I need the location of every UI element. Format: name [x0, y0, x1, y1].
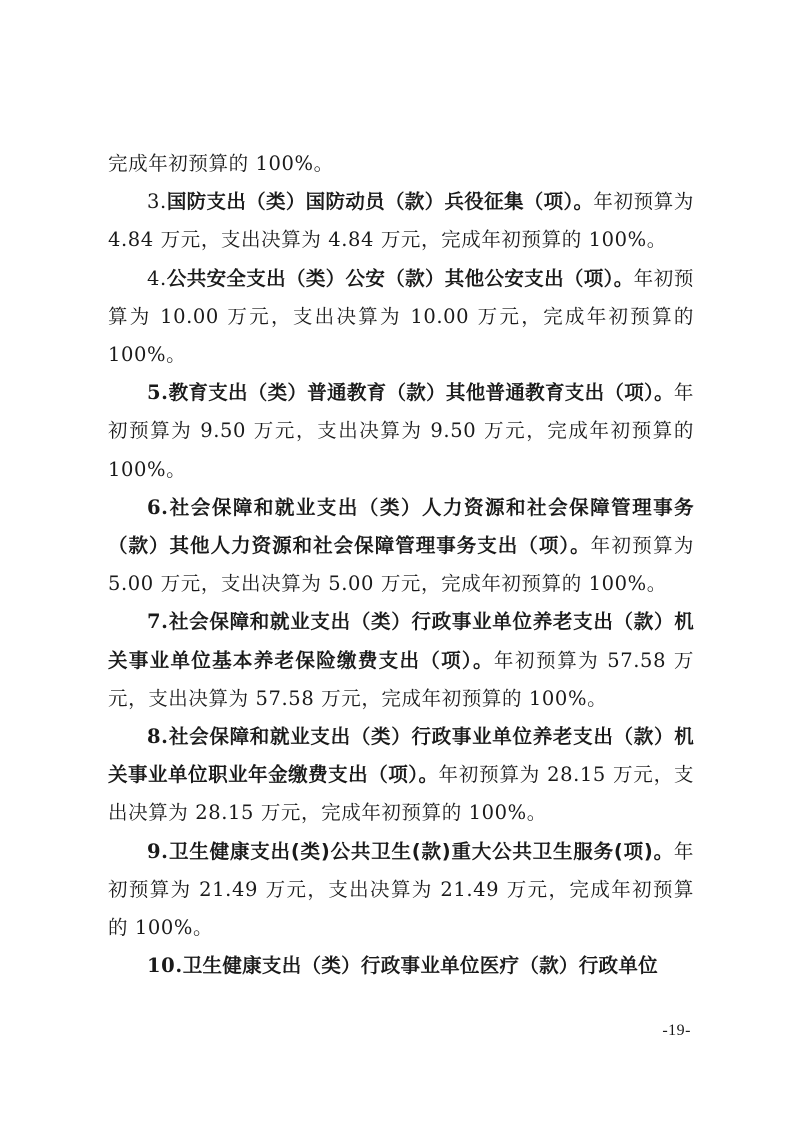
paragraph-item-3: 3.国防支出（类）国防动员（款）兵役征集（项）。年初预算为 4.84 万元，支出… [108, 183, 694, 259]
paragraph-item-5: 5.教育支出（类）普通教育（款）其他普通教育支出（项）。年初预算为 9.50 万… [108, 374, 694, 489]
item-heading: 卫生健康支出(类)公共卫生(款)重大公共卫生服务(项)。 [169, 840, 674, 863]
document-page: 完成年初预算的 100%。 3.国防支出（类）国防动员（款）兵役征集（项）。年初… [108, 145, 694, 985]
paragraph-item-8: 8.社会保障和就业支出（类）行政事业单位养老支出（款）机关事业单位职业年金缴费支… [108, 718, 694, 833]
paragraph-continuation: 完成年初预算的 100%。 [108, 145, 694, 183]
paragraph-body: 完成年初预算的 100%。 [108, 152, 334, 175]
paragraph-item-6: 6.社会保障和就业支出（类）人力资源和社会保障管理事务（款）其他人力资源和社会保… [108, 489, 694, 604]
item-number: 4. [147, 267, 167, 290]
item-number: 8. [147, 725, 169, 748]
paragraph-item-7: 7.社会保障和就业支出（类）行政事业单位养老支出（款）机关事业单位基本养老保险缴… [108, 603, 694, 718]
item-number: 5. [147, 381, 169, 404]
paragraph-item-9: 9.卫生健康支出(类)公共卫生(款)重大公共卫生服务(项)。年初预算为 21.4… [108, 833, 694, 948]
item-heading: 国防支出（类）国防动员（款）兵役征集（项）。 [167, 190, 594, 213]
item-number: 10. [147, 954, 183, 977]
item-number: 7. [147, 610, 169, 633]
item-number: 6. [147, 496, 169, 519]
paragraph-item-4: 4.公共安全支出（类）公安（款）其他公安支出（项）。年初预算为 10.00 万元… [108, 260, 694, 375]
item-heading: 教育支出（类）普通教育（款）其他普通教育支出（项）。 [169, 381, 674, 404]
item-heading: 卫生健康支出（类）行政事业单位医疗（款）行政单位 [183, 954, 658, 977]
page-number: -19- [662, 1022, 691, 1040]
paragraph-item-10: 10.卫生健康支出（类）行政事业单位医疗（款）行政单位 [108, 947, 694, 985]
item-number: 9. [147, 840, 169, 863]
item-heading: 公共安全支出（类）公安（款）其他公安支出（项）。 [167, 267, 634, 290]
item-number: 3. [147, 190, 167, 213]
